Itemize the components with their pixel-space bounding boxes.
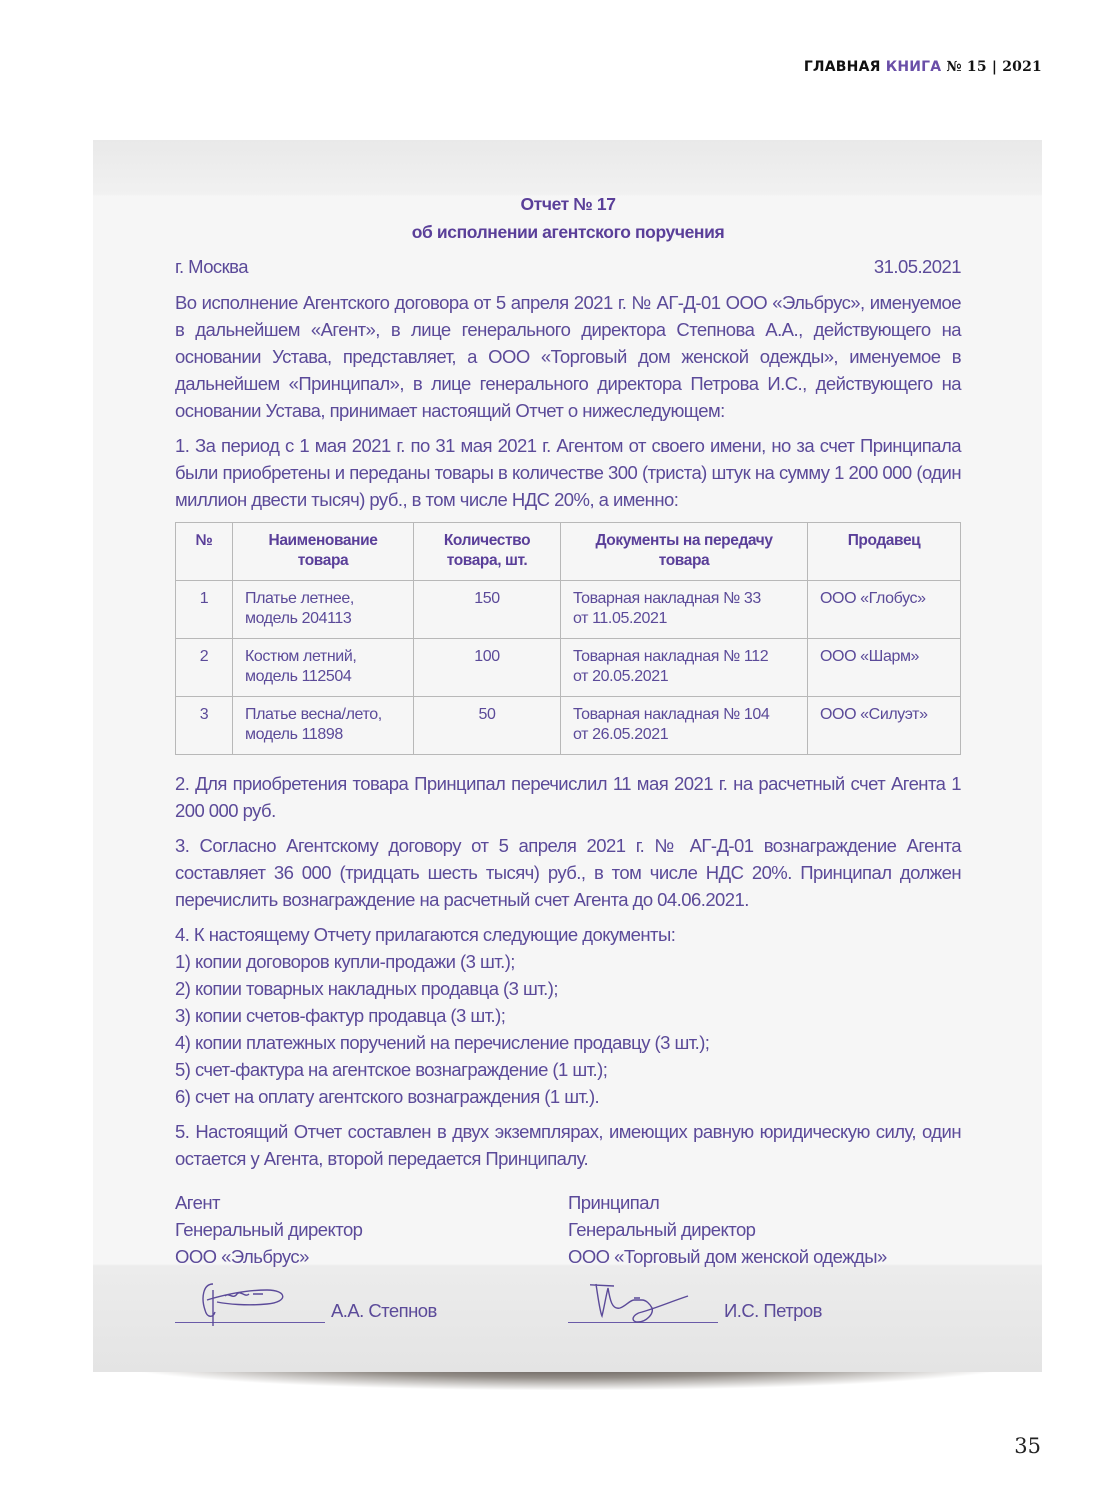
agent-position: Генеральный директор [175,1216,568,1243]
goods-table: № Наименование товара Количество товара,… [175,522,961,755]
row-doc: Товарная накладная № 112от 20.05.2021 [561,639,808,697]
brand-name-part2: КНИГА [886,59,942,75]
agent-role: Агент [175,1189,568,1216]
row-seller: ООО «Шарм» [808,639,961,697]
table-row: 1 Платье летнее,модель 204113 150 Товарн… [176,581,961,639]
row-name: Костюм летний,модель 112504 [233,639,414,697]
principal-name: И.С. Петров [724,1299,822,1323]
attachment-item: 1) копии договоров купли-продажи (3 шт.)… [175,948,961,975]
attachment-item: 2) копии товарных накладных продавца (3 … [175,975,961,1002]
agent-company: ООО «Эльбрус» [175,1243,568,1270]
principal-sign-line: И.С. Петров [568,1286,961,1323]
page-number: 35 [1014,1434,1041,1458]
clause-2: 2. Для приобретения товара Принципал пер… [175,770,961,824]
row-doc-line1: Товарная накладная № 33 [573,589,795,609]
report-title-line1: Отчет № 17 [175,190,961,218]
row-name: Платье весна/лето,модель 11898 [233,697,414,755]
agent-name: А.А. Степнов [331,1299,437,1323]
row-name-line1: Платье летнее, [245,589,401,609]
attachment-item: 4) копии платежных поручений на перечисл… [175,1029,961,1056]
header-docs: Документы на передачу товара [561,523,808,581]
row-doc-line1: Товарная накладная № 104 [573,705,795,725]
table-header-row: № Наименование товара Количество товара,… [176,523,961,581]
intro-paragraph: Во исполнение Агентского договора от 5 а… [175,289,961,424]
row-num: 3 [176,697,233,755]
principal-signature-block: Принципал Генеральный директор ООО «Торг… [568,1189,961,1323]
attachment-item: 6) счет на оплату агентского вознагражде… [175,1083,961,1110]
report-date: 31.05.2021 [874,253,961,280]
handwritten-signature-icon [590,1278,730,1328]
report-title: Отчет № 17 об исполнении агентского пору… [175,190,961,246]
row-name-line1: Костюм летний, [245,647,401,667]
row-name-line2: модель 112504 [245,667,401,687]
principal-company: ООО «Торговый дом женской одежды» [568,1243,961,1270]
city: г. Москва [175,253,248,280]
header-num: № [176,523,233,581]
row-qty: 50 [414,697,561,755]
row-doc: Товарная накладная № 33от 11.05.2021 [561,581,808,639]
table-row: 2 Костюм летний,модель 112504 100 Товарн… [176,639,961,697]
report-title-line2: об исполнении агентского поручения [175,218,961,246]
clause-5: 5. Настоящий Отчет составлен в двух экзе… [175,1118,961,1172]
row-num: 2 [176,639,233,697]
agent-signature-block: Агент Генеральный директор ООО «Эльбрус»… [175,1189,568,1323]
issue-number: № 15 | 2021 [946,59,1042,75]
table-row: 3 Платье весна/лето,модель 11898 50 Това… [176,697,961,755]
agent-signature [175,1286,325,1323]
principal-role: Принципал [568,1189,961,1216]
row-doc-line2: от 11.05.2021 [573,609,795,629]
principal-signature [568,1286,718,1323]
place-date-row: г. Москва 31.05.2021 [175,253,961,280]
principal-position: Генеральный директор [568,1216,961,1243]
row-num: 1 [176,581,233,639]
row-doc: Товарная накладная № 104от 26.05.2021 [561,697,808,755]
report-document: Отчет № 17 об исполнении агентского пору… [175,190,961,1323]
row-doc-line2: от 26.05.2021 [573,725,795,745]
row-seller: ООО «Силуэт» [808,697,961,755]
row-name: Платье летнее,модель 204113 [233,581,414,639]
row-qty: 100 [414,639,561,697]
handwritten-signature-icon [197,1278,297,1328]
row-doc-line2: от 20.05.2021 [573,667,795,687]
row-seller: ООО «Глобус» [808,581,961,639]
magazine-masthead: ГЛАВНАЯ КНИГА № 15 | 2021 [804,59,1042,75]
header-seller: Продавец [808,523,961,581]
attachment-item: 3) копии счетов-фактур продавца (3 шт.); [175,1002,961,1029]
agent-sign-line: А.А. Степнов [175,1286,568,1323]
row-name-line1: Платье весна/лето, [245,705,401,725]
clause-3: 3. Согласно Агентскому договору от 5 апр… [175,832,961,913]
attachments-list: 4. К настоящему Отчету прилагаются следу… [175,921,961,1110]
row-qty: 150 [414,581,561,639]
clause-1: 1. За период с 1 мая 2021 г. по 31 мая 2… [175,432,961,513]
clause-4-heading: 4. К настоящему Отчету прилагаются следу… [175,921,961,948]
row-doc-line1: Товарная накладная № 112 [573,647,795,667]
attachment-item: 5) счет-фактура на агентское вознагражде… [175,1056,961,1083]
row-name-line2: модель 11898 [245,725,401,745]
signatures-block: Агент Генеральный директор ООО «Эльбрус»… [175,1189,961,1323]
brand-name-part1: ГЛАВНАЯ [804,59,881,75]
header-qty: Количество товара, шт. [414,523,561,581]
header-name: Наименование товара [233,523,414,581]
row-name-line2: модель 204113 [245,609,401,629]
